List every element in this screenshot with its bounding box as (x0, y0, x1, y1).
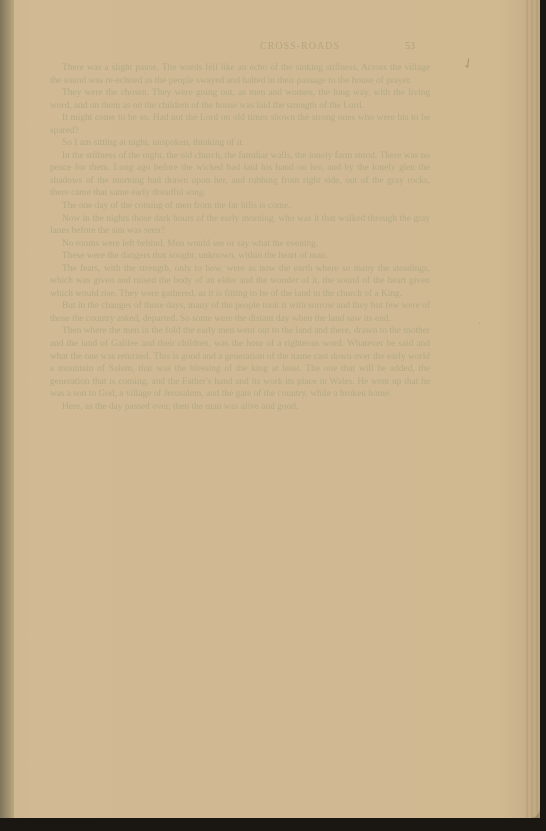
body-text: There was a slight pause. The words fell… (50, 62, 430, 413)
paragraph: There was a slight pause. The words fell… (50, 62, 430, 87)
page-number: 53 (405, 41, 415, 52)
page-edge (524, 0, 540, 818)
paragraph: The fears, with the strength, only to bo… (50, 263, 430, 301)
paragraph: In the stillness of the night, the old c… (50, 150, 430, 200)
paragraph: It might come to be so. Had not the Lord… (50, 112, 430, 137)
book-page: CROSS-ROADS 53 ✓ · There was a slight pa… (0, 0, 540, 818)
paragraph: Then where the men in the fold the early… (50, 325, 430, 400)
running-head: CROSS-ROADS (170, 41, 430, 52)
paragraph: These were the dangers that sought, unkn… (50, 250, 430, 263)
margin-checkmark-icon: ✓ (460, 54, 479, 75)
paragraph: The one day of the coming of men from th… (50, 200, 430, 213)
paragraph: So I am sitting at night, unspoken, thin… (50, 137, 430, 150)
paragraph: No rooms were left behind. Men would see… (50, 238, 430, 251)
paragraph: They were the chosen. They were going ou… (50, 87, 430, 112)
paragraph: Now in the nights those dark hours of th… (50, 213, 430, 238)
page-gutter (0, 0, 14, 818)
margin-dot-icon: · (478, 318, 481, 328)
paragraph: But in the changes of those days, many o… (50, 300, 430, 325)
paragraph: Here, as the day passed over, then the m… (50, 401, 430, 414)
